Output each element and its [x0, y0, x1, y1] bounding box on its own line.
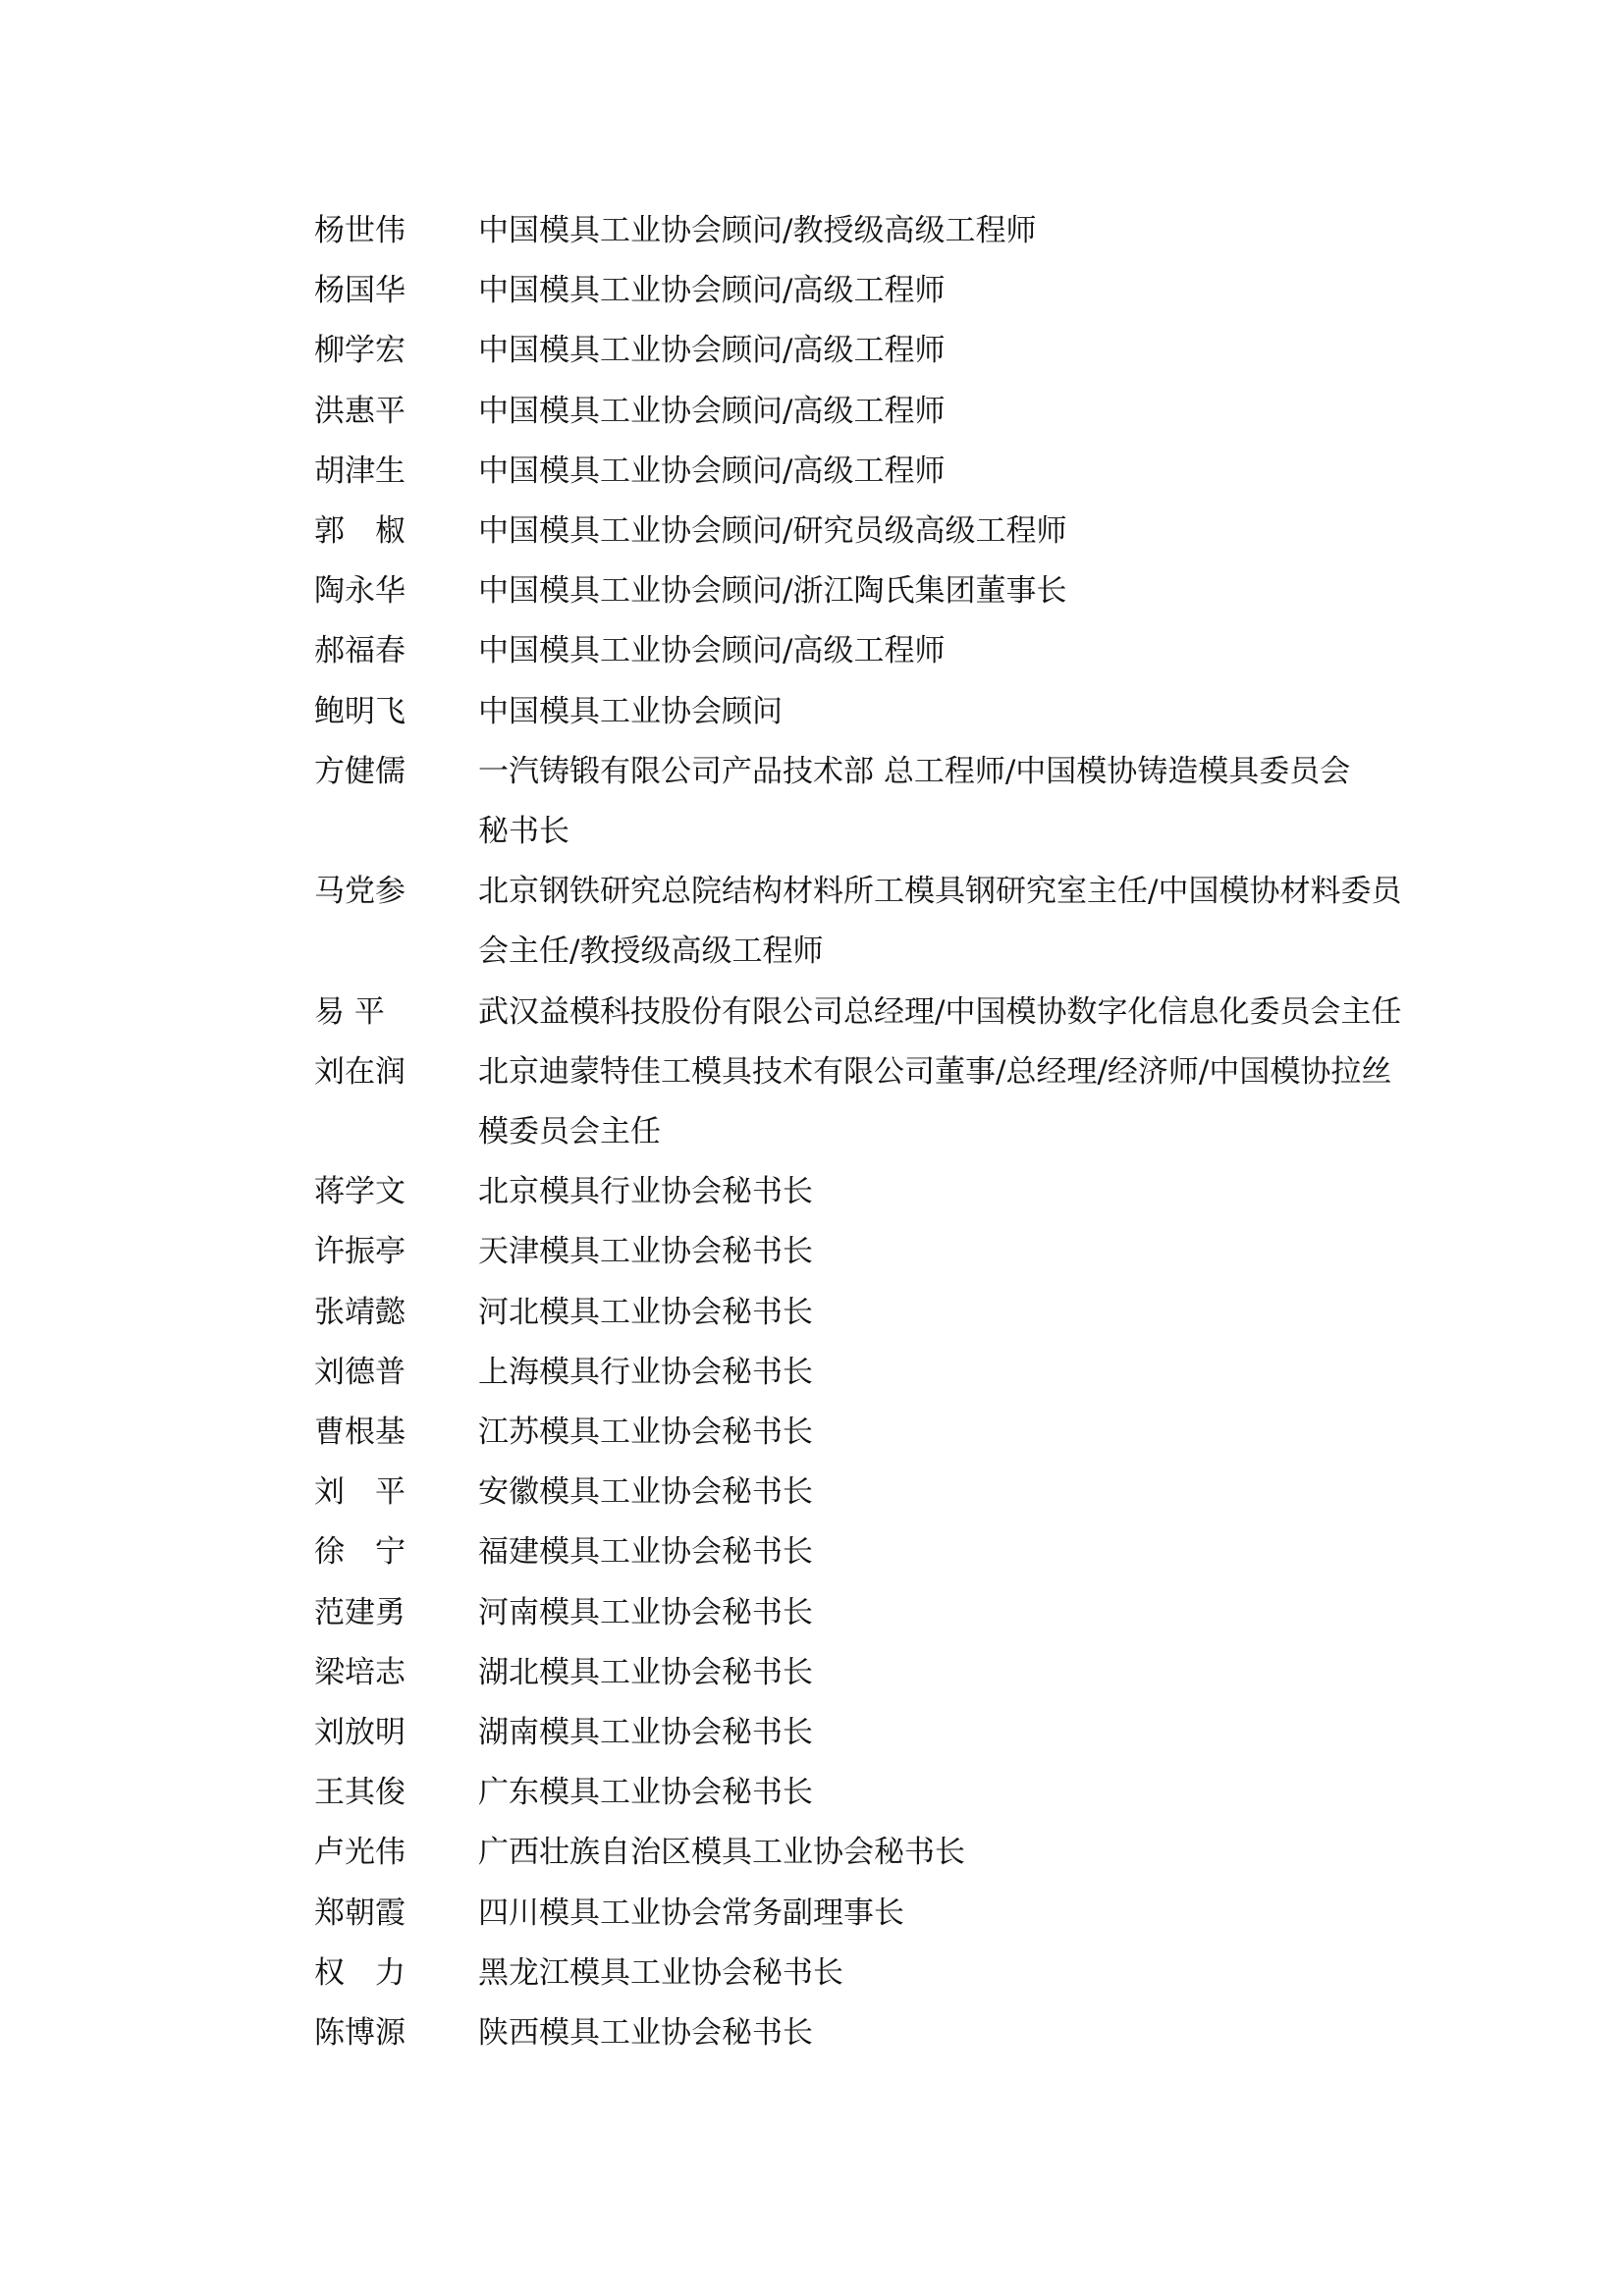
member-title: 黑龙江模具工业协会秘书长 [478, 1944, 1475, 2003]
member-name: 刘在润 [314, 1042, 478, 1102]
list-item: 范建勇 河南模具工业协会秘书长 [314, 1583, 1492, 1643]
list-item: 马党参 北京钢铁研究总院结构材料所工模具钢研究室主任/中国模协材料委员会主任/教… [314, 862, 1492, 982]
member-title-line: 中国模具工业协会顾问/浙江陶氏集团董事长 [478, 561, 1475, 621]
member-title-line: 河南模具工业协会秘书长 [478, 1583, 1475, 1643]
list-item: 曹根基 江苏模具工业协会秘书长 [314, 1403, 1492, 1463]
member-name: 陈博源 [314, 2003, 478, 2063]
member-title-line: 中国模具工业协会顾问/高级工程师 [478, 442, 1475, 502]
member-name: 陶永华 [314, 561, 478, 621]
member-name: 刘放明 [314, 1703, 478, 1763]
member-title: 湖南模具工业协会秘书长 [478, 1703, 1475, 1763]
member-title-line: 江苏模具工业协会秘书长 [478, 1403, 1475, 1463]
member-title: 四川模具工业协会常务副理事长 [478, 1884, 1475, 1944]
list-item: 柳学宏 中国模具工业协会顾问/高级工程师 [314, 321, 1492, 381]
member-title-line: 福建模具工业协会秘书长 [478, 1522, 1475, 1582]
list-item: 郭 椒 中国模具工业协会顾问/研究员级高级工程师 [314, 502, 1492, 561]
member-name: 蒋学文 [314, 1162, 478, 1222]
member-title: 湖北模具工业协会秘书长 [478, 1643, 1475, 1703]
member-title-line: 中国模具工业协会顾问/教授级高级工程师 [478, 201, 1475, 261]
member-title: 中国模具工业协会顾问/高级工程师 [478, 321, 1475, 381]
member-name: 杨国华 [314, 261, 478, 321]
member-title-line: 中国模具工业协会顾问/高级工程师 [478, 321, 1475, 381]
member-name: 杨世伟 [314, 201, 478, 261]
member-title: 中国模具工业协会顾问/高级工程师 [478, 261, 1475, 321]
member-title-line: 模委员会主任 [478, 1102, 1475, 1162]
list-item: 徐 宁 福建模具工业协会秘书长 [314, 1522, 1492, 1582]
member-title-line: 中国模具工业协会顾问/高级工程师 [478, 261, 1475, 321]
member-name: 卢光伟 [314, 1823, 478, 1883]
member-title-line: 四川模具工业协会常务副理事长 [478, 1884, 1475, 1944]
member-name: 方健儒 [314, 742, 478, 802]
list-item: 鲍明飞 中国模具工业协会顾问 [314, 682, 1492, 742]
member-name: 郝福春 [314, 621, 478, 681]
member-name: 权 力 [314, 1944, 478, 2003]
member-title-line: 北京钢铁研究总院结构材料所工模具钢研究室主任/中国模协材料委员 [478, 862, 1475, 922]
member-title: 河南模具工业协会秘书长 [478, 1583, 1475, 1643]
member-name: 许振亭 [314, 1222, 478, 1282]
member-title-line: 北京模具行业协会秘书长 [478, 1162, 1475, 1222]
member-title: 安徽模具工业协会秘书长 [478, 1463, 1475, 1522]
member-title-line: 天津模具工业协会秘书长 [478, 1222, 1475, 1282]
list-item: 易 平 武汉益模科技股份有限公司总经理/中国模协数字化信息化委员会主任 [314, 983, 1492, 1042]
document-page: 杨世伟 中国模具工业协会顾问/教授级高级工程师 杨国华 中国模具工业协会顾问/高… [0, 0, 1624, 2296]
member-title: 河北模具工业协会秘书长 [478, 1283, 1475, 1343]
list-item: 胡津生 中国模具工业协会顾问/高级工程师 [314, 442, 1492, 502]
member-title-line: 北京迪蒙特佳工模具技术有限公司董事/总经理/经济师/中国模协拉丝 [478, 1042, 1475, 1102]
member-title: 中国模具工业协会顾问/教授级高级工程师 [478, 201, 1475, 261]
member-title: 中国模具工业协会顾问/高级工程师 [478, 442, 1475, 502]
member-title-line: 秘书长 [478, 802, 1475, 862]
list-item: 杨世伟 中国模具工业协会顾问/教授级高级工程师 [314, 201, 1492, 261]
member-name: 鲍明飞 [314, 682, 478, 742]
member-name: 胡津生 [314, 442, 478, 502]
member-title-line: 安徽模具工业协会秘书长 [478, 1463, 1475, 1522]
member-name: 徐 宁 [314, 1522, 478, 1582]
list-item: 洪惠平 中国模具工业协会顾问/高级工程师 [314, 382, 1492, 442]
member-title: 上海模具行业协会秘书长 [478, 1343, 1475, 1403]
member-title-line: 河北模具工业协会秘书长 [478, 1283, 1475, 1343]
member-title-line: 会主任/教授级高级工程师 [478, 922, 1475, 982]
list-item: 权 力 黑龙江模具工业协会秘书长 [314, 1944, 1492, 2003]
member-name: 梁培志 [314, 1643, 478, 1703]
member-title: 天津模具工业协会秘书长 [478, 1222, 1475, 1282]
list-item: 蒋学文 北京模具行业协会秘书长 [314, 1162, 1492, 1222]
member-title: 陕西模具工业协会秘书长 [478, 2003, 1475, 2063]
member-title-line: 中国模具工业协会顾问/高级工程师 [478, 382, 1475, 442]
member-title: 广西壮族自治区模具工业协会秘书长 [478, 1823, 1475, 1883]
member-title-line: 湖南模具工业协会秘书长 [478, 1703, 1475, 1763]
member-title: 广东模具工业协会秘书长 [478, 1763, 1475, 1823]
member-title: 中国模具工业协会顾问/浙江陶氏集团董事长 [478, 561, 1475, 621]
list-item: 郝福春 中国模具工业协会顾问/高级工程师 [314, 621, 1492, 681]
member-title: 中国模具工业协会顾问/高级工程师 [478, 621, 1475, 681]
list-item: 卢光伟 广西壮族自治区模具工业协会秘书长 [314, 1823, 1492, 1883]
member-name: 曹根基 [314, 1403, 478, 1463]
list-item: 方健儒 一汽铸锻有限公司产品技术部 总工程师/中国模协铸造模具委员会秘书长 [314, 742, 1492, 862]
list-item: 刘在润 北京迪蒙特佳工模具技术有限公司董事/总经理/经济师/中国模协拉丝模委员会… [314, 1042, 1492, 1162]
member-title-line: 广西壮族自治区模具工业协会秘书长 [478, 1823, 1475, 1883]
member-title-line: 一汽铸锻有限公司产品技术部 总工程师/中国模协铸造模具委员会 [478, 742, 1475, 802]
member-title-line: 陕西模具工业协会秘书长 [478, 2003, 1475, 2063]
list-item: 梁培志 湖北模具工业协会秘书长 [314, 1643, 1492, 1703]
member-name: 刘德普 [314, 1343, 478, 1403]
member-list: 杨世伟 中国模具工业协会顾问/教授级高级工程师 杨国华 中国模具工业协会顾问/高… [314, 201, 1492, 2063]
member-title: 北京模具行业协会秘书长 [478, 1162, 1475, 1222]
member-name: 郑朝霞 [314, 1884, 478, 1944]
member-name: 范建勇 [314, 1583, 478, 1643]
member-title: 中国模具工业协会顾问/研究员级高级工程师 [478, 502, 1475, 561]
member-title-line: 广东模具工业协会秘书长 [478, 1763, 1475, 1823]
member-title-line: 中国模具工业协会顾问/研究员级高级工程师 [478, 502, 1475, 561]
list-item: 郑朝霞 四川模具工业协会常务副理事长 [314, 1884, 1492, 1944]
member-title-line: 中国模具工业协会顾问/高级工程师 [478, 621, 1475, 681]
member-name: 易 平 [314, 983, 478, 1042]
member-name: 柳学宏 [314, 321, 478, 381]
member-title: 中国模具工业协会顾问 [478, 682, 1475, 742]
list-item: 陈博源 陕西模具工业协会秘书长 [314, 2003, 1492, 2063]
list-item: 陶永华 中国模具工业协会顾问/浙江陶氏集团董事长 [314, 561, 1492, 621]
member-title: 一汽铸锻有限公司产品技术部 总工程师/中国模协铸造模具委员会秘书长 [478, 742, 1475, 862]
member-title: 江苏模具工业协会秘书长 [478, 1403, 1475, 1463]
list-item: 刘 平 安徽模具工业协会秘书长 [314, 1463, 1492, 1522]
member-name: 刘 平 [314, 1463, 478, 1522]
member-title: 中国模具工业协会顾问/高级工程师 [478, 382, 1475, 442]
member-title: 北京迪蒙特佳工模具技术有限公司董事/总经理/经济师/中国模协拉丝模委员会主任 [478, 1042, 1475, 1162]
member-title-line: 上海模具行业协会秘书长 [478, 1343, 1475, 1403]
list-item: 张靖懿 河北模具工业协会秘书长 [314, 1283, 1492, 1343]
member-title-line: 湖北模具工业协会秘书长 [478, 1643, 1475, 1703]
member-name: 洪惠平 [314, 382, 478, 442]
member-name: 王其俊 [314, 1763, 478, 1823]
list-item: 王其俊 广东模具工业协会秘书长 [314, 1763, 1492, 1823]
member-name: 郭 椒 [314, 502, 478, 561]
member-name: 马党参 [314, 862, 478, 922]
member-title: 武汉益模科技股份有限公司总经理/中国模协数字化信息化委员会主任 [478, 983, 1475, 1042]
list-item: 刘德普 上海模具行业协会秘书长 [314, 1343, 1492, 1403]
list-item: 许振亭 天津模具工业协会秘书长 [314, 1222, 1492, 1282]
member-title: 北京钢铁研究总院结构材料所工模具钢研究室主任/中国模协材料委员会主任/教授级高级… [478, 862, 1475, 982]
member-name: 张靖懿 [314, 1283, 478, 1343]
member-title-line: 中国模具工业协会顾问 [478, 682, 1475, 742]
member-title-line: 黑龙江模具工业协会秘书长 [478, 1944, 1475, 2003]
list-item: 刘放明 湖南模具工业协会秘书长 [314, 1703, 1492, 1763]
list-item: 杨国华 中国模具工业协会顾问/高级工程师 [314, 261, 1492, 321]
member-title: 福建模具工业协会秘书长 [478, 1522, 1475, 1582]
member-title-line: 武汉益模科技股份有限公司总经理/中国模协数字化信息化委员会主任 [478, 983, 1475, 1042]
